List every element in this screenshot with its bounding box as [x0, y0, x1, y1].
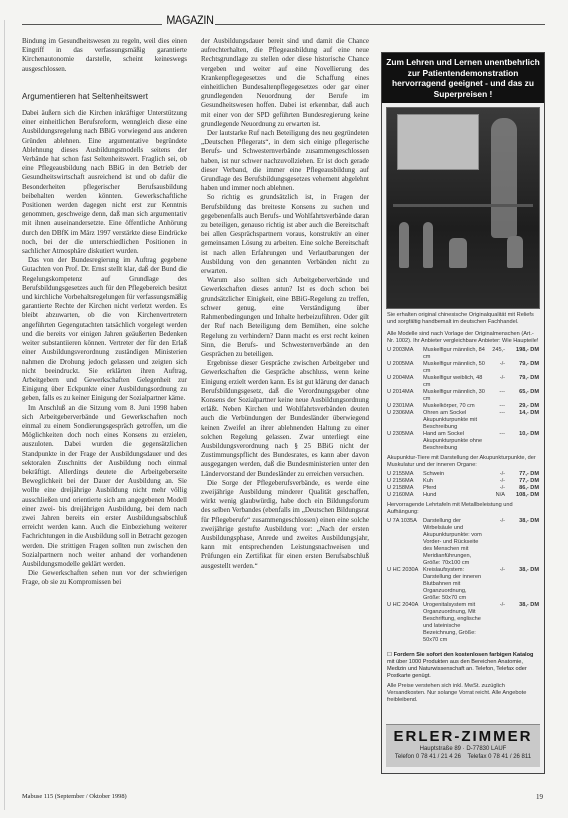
company-name: ERLER-ZIMMER — [386, 728, 540, 745]
advertisement-box: Zum Lehren und Lernen unentbehrlich zur … — [381, 52, 545, 774]
table-row: U 2158MAPferd-/-86,- DM — [382, 485, 544, 492]
company-fax: Telefax 0 78 41 / 26 811 — [468, 754, 532, 760]
paragraph: Die Sorge der Pflegeberufsverbände, es w… — [201, 479, 369, 571]
charts-intro: Hervorragende Lehrtafeln mit Metallbelei… — [382, 499, 544, 516]
table-row: U 2005MAMuskelfigur männlich, 50 cm-/-79… — [382, 361, 544, 375]
company-phone: Telefon 0 78 41 / 21 4 26 — [395, 754, 461, 760]
figure-model-image — [423, 222, 433, 268]
company-address: Hauptstraße 89 · D-77830 LAUF — [386, 745, 540, 753]
animal-model-image — [449, 238, 467, 268]
product-price-table: U 2003MAMuskelfigur männlich, 84 cm245,-… — [382, 347, 544, 452]
photo-caption: Sie erhalten original chinesische Origin… — [382, 309, 544, 326]
table-row: U 7A 1035ADarstellung der Wirbelsäule un… — [382, 518, 544, 567]
shelf-image — [393, 204, 533, 207]
wall-chart-image — [397, 114, 479, 170]
article-column-2: der Ausbildungsdauer bereit sind und dam… — [201, 37, 369, 571]
ad-headline: Zum Lehren und Lernen unentbehrlich zur … — [382, 53, 544, 103]
table-row: U HC 2040AUrogenitalsystem mit Organzuor… — [382, 602, 544, 644]
paragraph: der Ausbildungsdauer bereit sind und dam… — [201, 37, 369, 129]
table-row: U 2014MAMuskelfigur männlich, 30 cm---65… — [382, 389, 544, 403]
paragraph: Warum also sollten sich Arbeitgeberverbä… — [201, 276, 369, 359]
article-column-1: Bindung im Gesundheitswesen zu regeln, w… — [22, 37, 187, 588]
chart-price-table: U 7A 1035ADarstellung der Wirbelsäule un… — [382, 518, 544, 644]
table-row: U 2155MASchwein-/-77,- DM — [382, 471, 544, 478]
table-row: U 2306MAOhren am Sockel---14,- DM — [382, 410, 544, 417]
table-row: Akupunkturpunkte ohne Beschreibung — [382, 438, 544, 452]
animal-model-image — [507, 236, 523, 268]
table-row: U 2301MAMuskelkörper, 70 cm---29,- DM — [382, 403, 544, 410]
header-rule-right — [215, 24, 545, 25]
animals-intro: Akupunktur-Tiere mit Darstellung der Aku… — [382, 452, 544, 469]
paragraph: Dabei äußern sich die Kirchen inkräftige… — [22, 109, 187, 256]
table-row: U 2156MAKuh-/-77,- DM — [382, 478, 544, 485]
table-row: U 2004MAMuskelfigur weiblich, 48 cm-/-79… — [382, 375, 544, 389]
products-intro: Alle Modelle sind nach Vorlage der Origi… — [382, 326, 544, 345]
table-row: U 2305MAHand am Sockel---10,- DM — [382, 431, 544, 438]
table-row: Akupunkturpunkte mit Beschreibung — [382, 417, 544, 431]
skeleton-model-image — [491, 118, 517, 238]
article-subheading: Argumentieren hat Seltenheitswert — [22, 92, 187, 101]
price-note: Alle Preise verstehen sich inkl. MwSt. z… — [382, 680, 544, 704]
checkbox-icon: ☐ — [387, 652, 394, 658]
animal-price-table: U 2155MASchwein-/-77,- DM U 2156MAKuh-/-… — [382, 471, 544, 499]
section-title: MAGAZIN — [163, 13, 217, 27]
page-edge — [4, 20, 5, 810]
intro-paragraph: Bindung im Gesundheitswesen zu regeln, w… — [22, 37, 187, 74]
catalog-order-note: ☐ Fordern Sie sofort den kostenlosen far… — [382, 644, 544, 680]
company-block: ERLER-ZIMMER Hauptstraße 89 · D-77830 LA… — [386, 724, 540, 767]
paragraph: So richtig es grundsätzlich ist, in Frag… — [201, 193, 369, 276]
paragraph: Ergebnisse dieser Gespräche zwischen Arb… — [201, 359, 369, 479]
header-rule-left — [22, 24, 162, 25]
table-row: U HC 2030AKreislaufsystem: Darstellung d… — [382, 567, 544, 602]
page-number: 19 — [536, 793, 543, 801]
paragraph: Der lautstarke Ruf nach Beteiligung des … — [201, 129, 369, 193]
catalog-order-text: mit über 1000 Produkten aus den Bereiche… — [387, 659, 527, 679]
table-row: U 2160MAHundN/A108,- DM — [382, 492, 544, 499]
issue-footer: Mabuse 115 (September / Oktober 1998) — [22, 793, 127, 800]
paragraph: Im Anschluß an die Sitzung vom 8. Juni 1… — [22, 404, 187, 570]
company-contact: Telefon 0 78 41 / 21 4 26 Telefax 0 78 4… — [386, 753, 540, 761]
anatomy-models-photo — [386, 107, 540, 309]
paragraph: Das von der Bundesregierung im Auftrag g… — [22, 256, 187, 403]
catalog-order-heading: Fordern Sie sofort den kostenlosen farbi… — [394, 652, 534, 658]
table-row: U 2003MAMuskelfigur männlich, 84 cm245,-… — [382, 347, 544, 361]
figure-model-image — [399, 222, 409, 268]
paragraph: Die Gewerkschaften sehen nun vor der sch… — [22, 569, 187, 587]
